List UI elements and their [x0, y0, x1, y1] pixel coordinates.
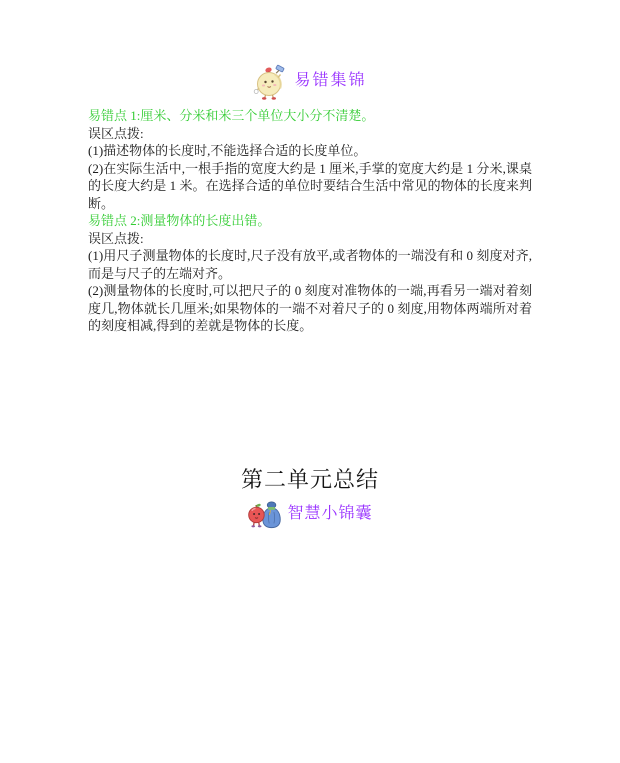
body-text-line: (1)用尺子测量物体的长度时,尺子没有放平,或者物体的一端没有和 0 刻度对齐,… — [88, 247, 532, 282]
body-text-line: (2)在实际生活中,一根手指的宽度大约是 1 厘米,手掌的宽度大约是 1 分米,… — [88, 160, 532, 213]
body-text-line: 误区点拨: — [88, 125, 532, 143]
body-text-line: (1)描述物体的长度时,不能选择合适的长度单位。 — [88, 142, 532, 160]
apple-and-bag-icon — [247, 498, 281, 530]
section2-header: 智慧小锦囊 — [0, 498, 620, 530]
document-page: 易错集锦 易错点 1:厘米、分米和米三个单位大小分不清楚。误区点拨:(1)描述物… — [0, 0, 620, 763]
section1-header: 易错集锦 — [0, 0, 620, 100]
error-point-heading: 易错点 1:厘米、分米和米三个单位大小分不清楚。 — [88, 107, 532, 125]
unit-summary-title: 第二单元总结 — [0, 467, 620, 493]
error-point-heading: 易错点 2:测量物体的长度出错。 — [88, 212, 532, 230]
fruit-mascot-icon — [253, 62, 287, 100]
body-text-line: 误区点拨: — [88, 230, 532, 248]
section1-title: 易错集锦 — [294, 71, 366, 91]
lesson-notes: 易错点 1:厘米、分米和米三个单位大小分不清楚。误区点拨:(1)描述物体的长度时… — [88, 107, 532, 335]
body-text-line: (2)测量物体的长度时,可以把尺子的 0 刻度对准物体的一端,再看另一端对着刻度… — [88, 282, 532, 335]
wisdom-tips-title: 智慧小锦囊 — [287, 504, 372, 524]
